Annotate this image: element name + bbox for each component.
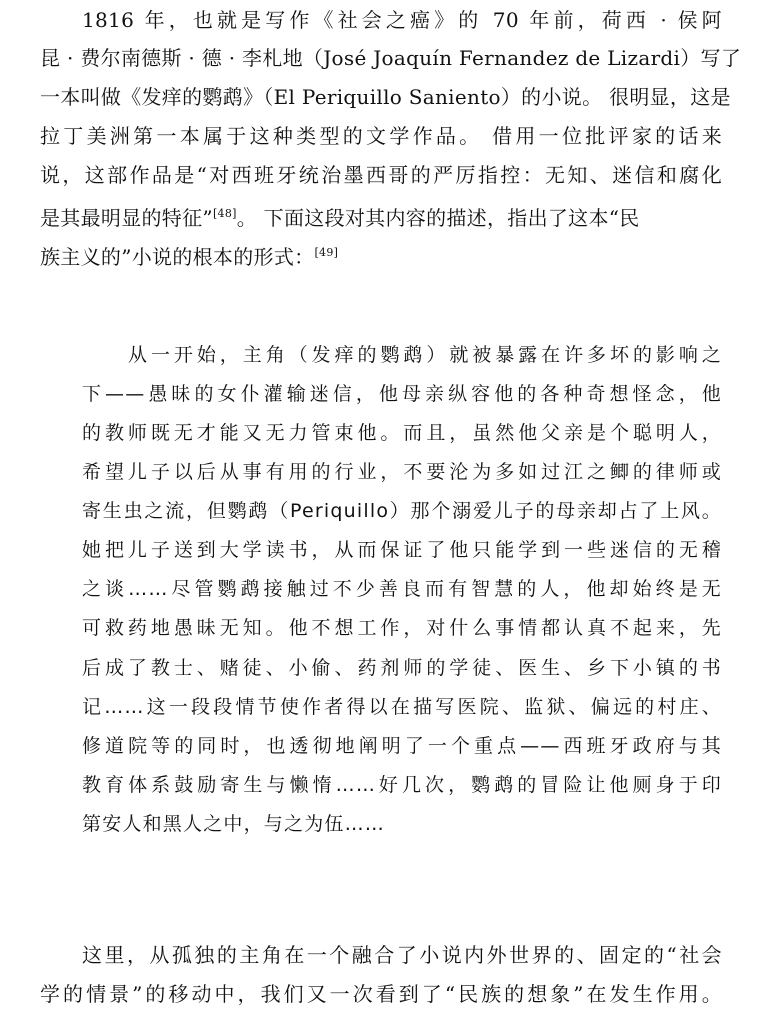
- quote-line: 从一开始，主角（发痒的鹦鹉）就被暴露在许多坏的影响之: [128, 343, 722, 367]
- text-fragment: 。 下面这段对其内容的描述，指出了这本“民: [237, 206, 640, 230]
- quote-line: 后成了教士、赌徒、小偷、药剂师的学徒、医生、乡下小镇的书: [82, 656, 722, 680]
- footnote-ref-49[interactable]: [49]: [314, 246, 338, 259]
- text-line: 一本叫做《发痒的鹦鹉》（El Periquillo Saniento）的小说。 …: [40, 85, 722, 109]
- text-line: 族主义的”小说的根本的形式：[49]: [40, 241, 722, 269]
- text-fragment: 族主义的”小说的根本的形式：: [40, 245, 314, 269]
- quote-line: 修道院等的同时，也透彻地阐明了一个重点——西班牙政府与其: [82, 734, 722, 758]
- text-line: 说，这部作品是“对西班牙统治墨西哥的严厉指控：无知、迷信和腐化: [40, 163, 722, 187]
- text-line: 学的情景”的移动中，我们又一次看到了“民族的想象”在发生作用。: [40, 982, 722, 1006]
- quote-line: 下——愚昧的女仆灌输迷信，他母亲纵容他的各种奇想怪念，他: [82, 382, 722, 406]
- quote-line: 的教师既无才能又无力管束他。而且，虽然他父亲是个聪明人，: [82, 421, 722, 445]
- quote-line: 可救药地愚昧无知。他不想工作，对什么事情都认真不起来，先: [82, 616, 722, 640]
- text-line: 拉丁美洲第一本属于这种类型的文学作品。 借用一位批评家的话来: [40, 124, 722, 148]
- book-page: 1816 年，也就是写作《社会之癌》的 70 年前，荷西 · 侯阿 昆 · 费尔…: [0, 0, 761, 1024]
- footnote-ref-48[interactable]: [48]: [213, 207, 237, 220]
- quote-line: 第安人和黑人之中，与之为伍……: [82, 812, 722, 836]
- quote-line: 希望儿子以后从事有用的行业，不要沦为多如过江之鲫的律师或: [82, 460, 722, 484]
- text-line: 是其最明显的特征”[48]。 下面这段对其内容的描述，指出了这本“民: [40, 202, 722, 230]
- text-line: 这里，从孤独的主角在一个融合了小说内外世界的、固定的“社会: [82, 943, 722, 967]
- quote-line: 记……这一段段情节使作者得以在描写医院、监狱、偏远的村庄、: [82, 695, 722, 719]
- quote-line: 之谈……尽管鹦鹉接触过不少善良而有智慧的人，他却始终是无: [82, 577, 722, 601]
- quote-line: 教育体系鼓励寄生与懒惰……好几次，鹦鹉的冒险让他厕身于印: [82, 773, 722, 797]
- text-line: 1816 年，也就是写作《社会之癌》的 70 年前，荷西 · 侯阿: [82, 8, 722, 32]
- text-line: 昆 · 费尔南德斯 · 德 · 李札地（José Joaquín Fernand…: [40, 46, 722, 70]
- text-fragment: 是其最明显的特征”: [40, 206, 213, 230]
- quote-line: 寄生虫之流，但鹦鹉（Periquillo）那个溺爱儿子的母亲却占了上风。: [82, 499, 722, 523]
- quote-line: 她把儿子送到大学读书，从而保证了他只能学到一些迷信的无稽: [82, 538, 722, 562]
